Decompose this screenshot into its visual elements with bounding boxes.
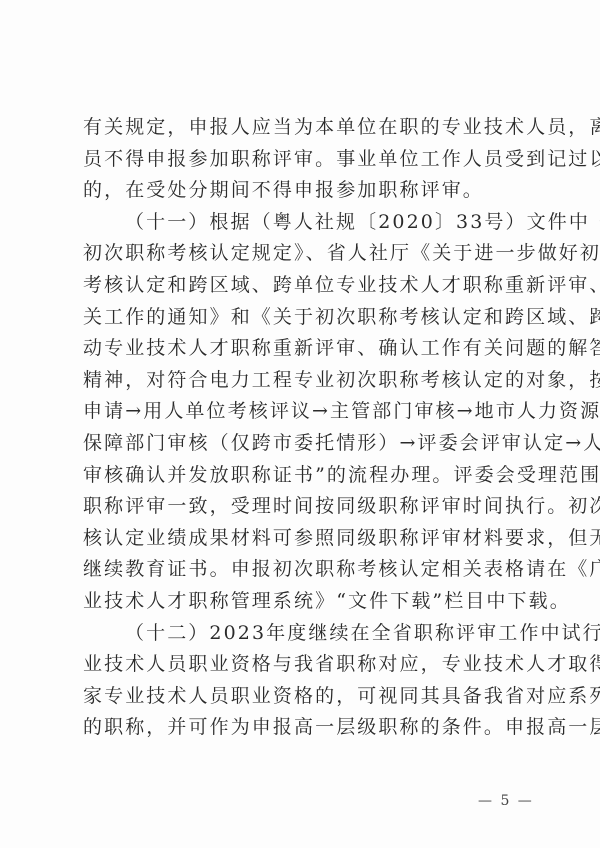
text-line: 业技术人才职称管理系统》“文件下载”栏目中下载。 (83, 586, 533, 618)
text-line: 的，在受处分期间不得申报参加职称评审。 (83, 175, 533, 207)
text-line: 家专业技术人员职业资格的，可视同其具备我省对应系列和层级 (83, 681, 533, 713)
text-line: 关工作的通知》和《关于初次职称考核认定和跨区域、跨单位流 (83, 302, 533, 334)
document-page: 有关规定，申报人应当为本单位在职的专业技术人员，离退休人 员不得申报参加职称评审… (0, 0, 600, 848)
text-line: 审核确认并发放职称证书”的流程办理。评委会受理范围和同级 (83, 460, 533, 492)
section-11-heading-line: （十一）根据（粤人社规〔2020〕33号）文件中《广东省 (83, 207, 533, 239)
text-line: 精神，对符合电力工程专业初次职称考核认定的对象，按“个人 (83, 365, 533, 397)
text-line: 员不得申报参加职称评审。事业单位工作人员受到记过以上处分 (83, 144, 533, 176)
text-line: 考核认定和跨区域、跨单位专业技术人才职称重新评审、确认有 (83, 270, 533, 302)
page-number: — 5 — (478, 793, 534, 809)
text-line: 继续教育证书。申报初次职称考核认定相关表格请在《广东省专 (83, 554, 533, 586)
text-line: 的职称，并可作为申报高一层级职称的条件。申报高一层级职称 (83, 712, 533, 744)
section-12-heading-line: （十二）2023年度继续在全省职称评审工作中试行国家专 (83, 618, 533, 650)
text-line: 核认定业绩成果材料可参照同级职称评审材料要求，但无须提供 (83, 523, 533, 555)
text-line: 有关规定，申报人应当为本单位在职的专业技术人员，离退休人 (83, 112, 533, 144)
text-line: 申请→用人单位考核评议→主管部门审核→地市人力资源社会 (83, 396, 533, 428)
text-line: 保障部门审核（仅跨市委托情形）→评委会评审认定→人社部门 (83, 428, 533, 460)
text-line: 初次职称考核认定规定》、省人社厅《关于进一步做好初次职称 (83, 238, 533, 270)
text-line: 职称评审一致，受理时间按同级职称评审时间执行。初次职称考 (83, 491, 533, 523)
text-line: 业技术人员职业资格与我省职称对应，专业技术人才取得相应国 (83, 649, 533, 681)
body-text: 有关规定，申报人应当为本单位在职的专业技术人员，离退休人 员不得申报参加职称评审… (83, 112, 533, 744)
text-line: 动专业技术人才职称重新评审、确认工作有关问题的解答》文件 (83, 333, 533, 365)
